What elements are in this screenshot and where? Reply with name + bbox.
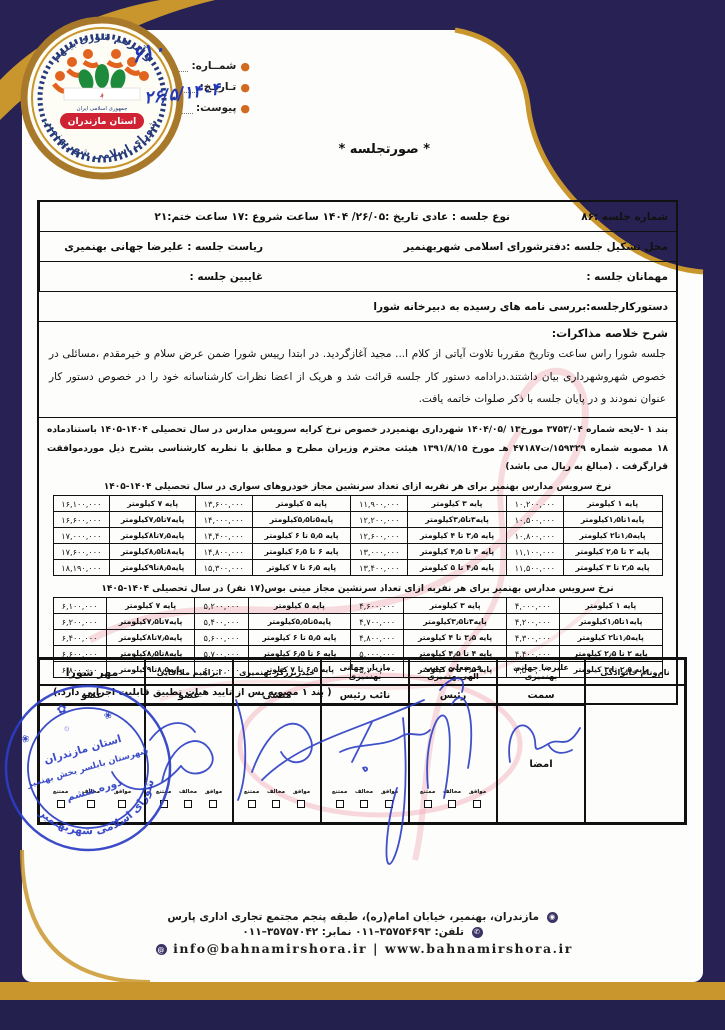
page-title: * صورتجلسه *	[338, 142, 430, 157]
fare-table2-title: نرخ سرویس مدارس بهنمیر برای هر نفربه ازا…	[39, 582, 676, 595]
table-cell: ۱۱,۹۰۰,۰۰۰	[351, 496, 408, 512]
table-cell: پایه۸تا۸٫۵کیلومتر	[110, 544, 196, 560]
location-pin-icon: ◉	[547, 912, 558, 923]
vote-checkbox[interactable]	[160, 800, 168, 808]
phone-icon: ✆	[472, 927, 483, 938]
table-cell: ۶,۲۰۰,۰۰۰	[53, 614, 106, 630]
table-row: پایه۱تا۱٫۵کیلومتر۴,۲۰۰,۰۰۰پایه۳تا۳٫۵کیلو…	[53, 614, 662, 630]
vote-label: موافق	[381, 789, 398, 795]
attachment-label: پیوست:	[196, 102, 236, 114]
session-number: شماره جلسه :۸۶	[518, 207, 676, 227]
bullet-icon: ●	[240, 82, 250, 93]
signature-area: موافق مخالف ممتنع	[145, 705, 233, 823]
member-role: رئیس	[409, 685, 497, 705]
meeting-agenda: دستورکارجلسه:بررسی نامه های رسیده به دبی…	[365, 297, 676, 317]
meeting-chair: ریاست جلسه : علیرضا جهانی بهنمیری	[39, 232, 271, 261]
vote-label: موافق	[469, 789, 486, 795]
table-row: پایه ۱ کیلومتر۴,۰۰۰,۰۰۰پایه ۳ کیلومتر۴,۶…	[53, 598, 662, 614]
location-row: محل تشکیل جلسه :دفترشورای اسلامی شهربهنم…	[39, 232, 676, 262]
minutes-heading: شرح خلاصه مذاکرات:	[39, 322, 676, 341]
table-cell: پایه ۷ کیلومتر	[106, 598, 195, 614]
meeting-absents: غایبین جلسه :	[39, 262, 271, 291]
table-cell: پایه ۱ کیلومتر	[559, 598, 662, 614]
agenda-row: دستورکارجلسه:بررسی نامه های رسیده به دبی…	[39, 292, 676, 322]
table-cell: پایه۷تا۷٫۵کیلومتر	[110, 512, 196, 528]
meeting-location: محل تشکیل جلسه :دفترشورای اسلامی شهربهنم…	[271, 237, 676, 257]
member-name: ابراهیم ملاآقایی	[145, 659, 233, 685]
member-name: مازیار جهانی بهنمیری	[321, 659, 409, 685]
signature-area: موافق مخالف ممتنع	[321, 705, 409, 823]
table-cell: ۱۳,۶۰۰,۰۰۰	[195, 496, 252, 512]
member-name: فرضعلی حبیب الهی‌بهنمیری	[409, 659, 497, 685]
band1-paragraph: بند ۱ -لایحه شماره ۳۷۵۳/۰۴ مورخ۱۳ /۱۴۰۴/…	[39, 417, 676, 481]
table-row: پایه۱٫۵تا۲ کیلومتر۴,۳۰۰,۰۰۰پایه ۳٫۵ تا ۴…	[53, 630, 662, 646]
email-icon: @	[156, 944, 167, 955]
footer-web[interactable]: info@bahnamirshora.ir | www.bahnamirshor…	[173, 941, 573, 956]
svg-text:؋: ؋	[99, 91, 104, 99]
svg-text:جمهوری اسلامی ایران: جمهوری اسلامی ایران	[76, 106, 127, 112]
table-cell: پایه ۲ تا ۲٫۵ کیلومتر	[563, 544, 662, 560]
table-cell: پایه ۳٫۵ تا ۴ کیلومتر	[404, 630, 507, 646]
table-cell: ۵,۴۰۰,۰۰۰	[195, 614, 248, 630]
fare-table-cars: پایه ۱ کیلومتر۱۰,۲۰۰,۰۰۰پایه ۳ کیلومتر۱۱…	[53, 495, 663, 576]
table-cell: ۱۷,۰۰۰,۰۰۰	[53, 528, 110, 544]
table-cell: ۱۰,۲۰۰,۰۰۰	[506, 496, 563, 512]
vote-checkbox[interactable]	[424, 800, 432, 808]
number-label: شمــاره:	[191, 60, 236, 72]
table-cell: پایه ۲٫۵ تا ۳ کیلومتر	[563, 560, 662, 576]
footer: ◉ مازندران، بهنمیر، خیابان امام(ره)، طبق…	[0, 908, 725, 959]
member-role: عضو	[39, 685, 145, 705]
table-cell: ۱۶,۱۰۰,۰۰۰	[53, 496, 110, 512]
vote-label: موافق	[114, 789, 131, 795]
bullet-icon: ●	[240, 61, 250, 72]
meeting-guests: مهمانان جلسه :	[271, 267, 676, 287]
signature-area: موافق مخالف ممتنع	[409, 705, 497, 823]
member-name: علیرضا جهانی بهنمیری	[497, 659, 585, 685]
vote-label: موافق	[293, 789, 310, 795]
sign-header: امضا	[497, 705, 585, 823]
table-cell: پایه ۴ تا ۴٫۵ کیلومتر	[408, 544, 507, 560]
vote-checkbox[interactable]	[360, 800, 368, 808]
table-cell: پایه ۱ کیلومتر	[563, 496, 662, 512]
table-cell: ۱۱,۱۰۰,۰۰۰	[506, 544, 563, 560]
table-cell: پایه ۵ کیلومتر	[248, 598, 351, 614]
table-cell: ۱۲,۶۰۰,۰۰۰	[351, 528, 408, 544]
vote-checkbox[interactable]	[448, 800, 456, 808]
table-cell: ۴,۰۰۰,۰۰۰	[506, 598, 559, 614]
table-cell: پایه۱تا۱٫۵کیلومتر	[559, 614, 662, 630]
table-cell: ۵,۶۰۰,۰۰۰	[195, 630, 248, 646]
minutes-body: جلسه شورا راس ساعت وتاریخ مقرربا تلاوت آ…	[39, 341, 676, 417]
signature-area: موافق مخالف ممتنع	[39, 705, 145, 823]
member-name: حیدربرزگر بهنمیری	[233, 659, 321, 685]
table-cell: ۱۴,۴۰۰,۰۰۰	[195, 528, 252, 544]
vote-label: مخالف	[82, 789, 100, 795]
table-cell: پایه۱تا۱٫۵کیلومتر	[563, 512, 662, 528]
vote-checkbox[interactable]	[473, 800, 481, 808]
table-row: پایه ۲ تا ۲٫۵ کیلومتر۱۱,۱۰۰,۰۰۰پایه ۴ تا…	[53, 544, 662, 560]
vote-label: ممتنع	[244, 789, 259, 795]
table-cell: ۱۵,۳۰۰,۰۰۰	[195, 560, 252, 576]
signature-area: موافق مخالف ممتنع	[233, 705, 321, 823]
vote-checkbox[interactable]	[385, 800, 393, 808]
vote-label: مخالف	[179, 789, 197, 795]
minutes-main-box: شماره جلسه :۸۶ نوع جلسه : عادی تاریخ :۲۶…	[37, 200, 678, 705]
vote-strip: موافق مخالف ممتنع	[410, 789, 496, 808]
vote-label: موافق	[205, 789, 222, 795]
table-cell: ۱۰,۵۰۰,۰۰۰	[506, 512, 563, 528]
table-cell: ۶,۴۰۰,۰۰۰	[53, 630, 106, 646]
seal-area	[585, 685, 685, 823]
footer-phone-line: ✆ تلفن: ۳۵۷۵۴۶۹۳–۰۱۱ نمابر: ۳۵۷۵۷۰۴۲–۰۱۱	[0, 926, 725, 938]
logo-province-text: استان مازندران	[68, 117, 136, 127]
document-page: ● شمــاره: ● تـاریـخ: ● پیوست: ۶۱۰ ۲۶/۵/…	[0, 0, 725, 1030]
table-cell: ۱۴,۰۰۰,۰۰۰	[195, 512, 252, 528]
table-cell: ۴,۷۰۰,۰۰۰	[351, 614, 404, 630]
table-cell: پایه ۵٫۵ تا ۶ کیلومتر	[252, 528, 351, 544]
table-cell: پایه ۴٫۵ تا ۵ کیلومتر	[408, 560, 507, 576]
table-cell: پایه ۵٫۵ تا ۶ کیلومتر	[248, 630, 351, 646]
table-cell: پایه ۶ تا ۶٫۵ کیلومتر	[252, 544, 351, 560]
seal-header: مهر شورا	[39, 659, 145, 685]
table-cell: پایه۳تا۳٫۵کیلومتر	[408, 512, 507, 528]
vote-checkbox[interactable]	[297, 800, 305, 808]
vote-checkbox[interactable]	[87, 800, 95, 808]
table-cell: ۱۸,۱۹۰,۰۰۰	[53, 560, 110, 576]
table-cell: پایه ۳ کیلومتر	[408, 496, 507, 512]
role-header: سمت	[497, 685, 585, 705]
table-cell: پایه۷٫۵تا۸کیلومتر	[110, 528, 196, 544]
vote-checkbox[interactable]	[272, 800, 280, 808]
guests-row: مهمانان جلسه : غایبین جلسه :	[39, 262, 676, 292]
table-cell: پایه۵تا۵٫۵کیلومتر	[252, 512, 351, 528]
table-cell: پایه ۶٫۵ تا ۷ کیلوتر	[252, 560, 351, 576]
table-cell: پایه ۳٫۵ تا ۴ کیلومتر	[408, 528, 507, 544]
table-cell: پایه ۵ کیلومتر	[252, 496, 351, 512]
member-role: نائب رئیس	[321, 685, 409, 705]
bullet-icon: ●	[240, 103, 250, 114]
table-cell: ۱۳,۴۰۰,۰۰۰	[351, 560, 408, 576]
table-cell: پایه ۳ کیلومتر	[404, 598, 507, 614]
table-cell: ۴,۳۰۰,۰۰۰	[506, 630, 559, 646]
table-cell: پایه۱٫۵تا۲ کیلومتر	[563, 528, 662, 544]
vote-checkbox[interactable]	[336, 800, 344, 808]
member-role: عضو	[145, 685, 233, 705]
footer-phones: تلفن: ۳۵۷۵۴۶۹۳–۰۱۱ نمابر: ۳۵۷۵۷۰۴۲–۰۱۱	[242, 926, 464, 938]
footer-address-line: ◉ مازندران، بهنمیر، خیابان امام(ره)، طبق…	[0, 911, 725, 923]
vote-label: ممتنع	[53, 789, 68, 795]
session-type-line: نوع جلسه : عادی تاریخ :۲۶/۰۵/ ۱۴۰۴ ساعت …	[39, 202, 518, 231]
table-cell: ۴,۶۰۰,۰۰۰	[351, 598, 404, 614]
table-cell: ۵,۲۰۰,۰۰۰	[195, 598, 248, 614]
table-cell: ۱۳,۰۰۰,۰۰۰	[351, 544, 408, 560]
table-cell: ۱۶,۶۰۰,۰۰۰	[53, 512, 110, 528]
table-cell: ۴,۲۰۰,۰۰۰	[506, 614, 559, 630]
signature-table: نام‌ونام خانوادگی علیرضا جهانی بهنمیری ف…	[37, 657, 687, 825]
vote-checkbox[interactable]	[248, 800, 256, 808]
vote-checkbox[interactable]	[118, 800, 126, 808]
vote-checkbox[interactable]	[209, 800, 217, 808]
table-cell: ۱۰,۸۰۰,۰۰۰	[506, 528, 563, 544]
vote-label: ممتنع	[156, 789, 171, 795]
table-cell: پایه۱٫۵تا۲ کیلومتر	[559, 630, 662, 646]
session-row: شماره جلسه :۸۶ نوع جلسه : عادی تاریخ :۲۶…	[39, 202, 676, 232]
table-cell: پایه۷تا۷٫۵کیلومتر	[106, 614, 195, 630]
table-cell: ۴,۸۰۰,۰۰۰	[351, 630, 404, 646]
vote-label: مخالف	[443, 789, 461, 795]
table-cell: ۱۲,۲۰۰,۰۰۰	[351, 512, 408, 528]
vote-label: ممتنع	[420, 789, 435, 795]
table-row: پایه۱٫۵تا۲ کیلومتر۱۰,۸۰۰,۰۰۰پایه ۳٫۵ تا …	[53, 528, 662, 544]
vote-label: مخالف	[355, 789, 373, 795]
table-row: پایه ۲٫۵ تا ۳ کیلومتر۱۱,۵۰۰,۰۰۰پایه ۴٫۵ …	[53, 560, 662, 576]
table-cell: ۱۷,۶۰۰,۰۰۰	[53, 544, 110, 560]
footer-web-line: @ info@bahnamirshora.ir | www.bahnamirsh…	[0, 941, 725, 956]
table-cell: پایه۷٫۵تا۸کیلومتر	[106, 630, 195, 646]
table-cell: ۶,۱۰۰,۰۰۰	[53, 598, 106, 614]
table-cell: پایه۵تا۵٫۵کیلومتر	[248, 614, 351, 630]
table-cell: پایه۳تا۳٫۵کیلومتر	[404, 614, 507, 630]
table-row: پایه۱تا۱٫۵کیلومتر۱۰,۵۰۰,۰۰۰پایه۳تا۳٫۵کیل…	[53, 512, 662, 528]
table-cell: پایه۸٫۵تا۹کیلومتر	[110, 560, 196, 576]
vote-label: ممتنع	[332, 789, 347, 795]
vote-checkbox[interactable]	[57, 800, 65, 808]
vote-checkbox[interactable]	[184, 800, 192, 808]
name-header: نام‌ونام خانوادگی	[585, 659, 685, 685]
table-cell: پایه ۷ کیلومتر	[110, 496, 196, 512]
vote-label: مخالف	[267, 789, 285, 795]
table-cell: ۱۱,۵۰۰,۰۰۰	[506, 560, 563, 576]
table-row: پایه ۱ کیلومتر۱۰,۲۰۰,۰۰۰پایه ۳ کیلومتر۱۱…	[53, 496, 662, 512]
fare-table1-title: نرخ سرویس مدارس بهنمیر برای هر نفربه ازا…	[39, 480, 676, 493]
footer-address: مازندران، بهنمیر، خیابان امام(ره)، طبقه …	[167, 911, 539, 923]
member-role: منشی	[233, 685, 321, 705]
table-cell: ۱۴,۸۰۰,۰۰۰	[195, 544, 252, 560]
